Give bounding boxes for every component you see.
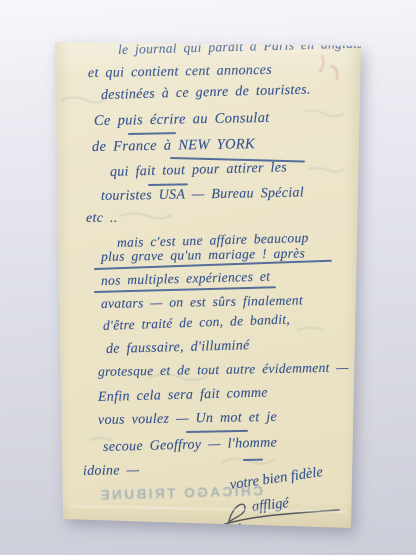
handwriting-line-18: secoue Geoffroy — l'homme <box>103 435 277 456</box>
handwriting-line-15: grotesque et de tout autre évidemment — <box>98 360 349 380</box>
photo-background: CHICAGO TRIBUNE le journal qui parait à … <box>0 0 416 555</box>
pen-underline-stroke <box>148 183 188 185</box>
handwriting-line-3: destinées à ce genre de touristes. <box>101 83 311 104</box>
handwriting-line-1: le journal qui parait à Paris en anglais <box>118 36 363 58</box>
handwriting-line-17: vous voulez — Un mot et je <box>98 410 277 429</box>
handwriting-line-4: Ce puis écrire au Consulat <box>94 110 270 130</box>
pen-underline-stroke <box>186 430 248 433</box>
signature-flourish <box>215 497 347 533</box>
valediction-line: votre bien fidèle <box>229 464 324 494</box>
letter-paper: CHICAGO TRIBUNE le journal qui parait à … <box>0 0 416 555</box>
handwriting-line-11: nos multiples expériences et <box>101 269 271 289</box>
red-showthrough-mark <box>320 56 337 79</box>
handwriting-line-7: touristes USA — Bureau Spécial <box>101 185 304 205</box>
handwriting-line-13: d'être traité de con, de bandit, <box>103 311 291 334</box>
pen-underline-stroke <box>243 459 263 461</box>
handwriting-line-5: de France à NEW YORK <box>92 136 255 156</box>
paper-shadow: CHICAGO TRIBUNE le journal qui parait à … <box>0 0 416 555</box>
handwriting-line-12: avatars — on est sûrs finalement <box>101 292 303 312</box>
handwriting-line-14: de faussaire, d'illuminé <box>106 338 250 358</box>
handwriting-line-6: qui fait tout pour attirer les <box>110 160 287 181</box>
handwriting-line-8: etc .. <box>86 211 118 227</box>
handwriting-line-2: et qui contient cent annonces <box>88 63 272 82</box>
handwriting-line-16: Enfin cela sera fait comme <box>98 386 268 406</box>
pen-underline-stroke <box>128 132 176 134</box>
handwriting-line-19: idoine — <box>83 463 140 480</box>
